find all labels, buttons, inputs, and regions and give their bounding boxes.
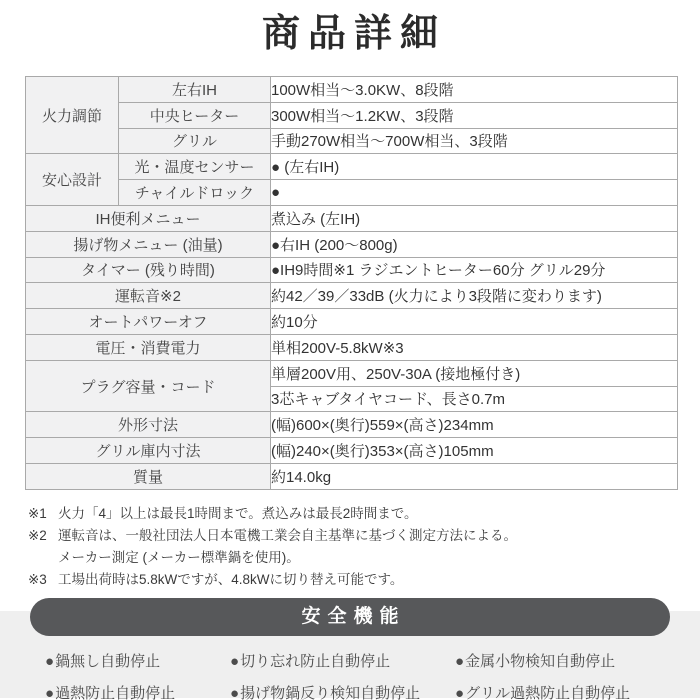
spec-sub-label: チャイルドロック <box>119 180 271 206</box>
footnote-text: 火力「4」以上は最長1時間まで。煮込みは最長2時間まで。 <box>58 503 700 525</box>
spec-row: チャイルドロック ● <box>26 180 678 206</box>
spec-value: 手動270W相当～700W相当、3段階 <box>271 128 678 154</box>
footnote-marker: ※3 <box>28 569 58 591</box>
bullet-icon: ● <box>45 685 54 700</box>
bullet-icon: ● <box>230 653 239 670</box>
feature-item: ●過熱防止自動停止 <box>45 682 230 700</box>
spec-row: 質量 約14.0kg <box>26 463 678 489</box>
feature-item: ●切り忘れ防止自動停止 <box>230 650 455 671</box>
spec-row: プラグ容量・コード 単層200V用、250V-30A (接地極付き) <box>26 360 678 386</box>
spec-row: 揚げ物メニュー (油量) ●右IH (200～800g) <box>26 231 678 257</box>
spec-row-label: グリル庫内寸法 <box>26 438 271 464</box>
spec-row-label: 揚げ物メニュー (油量) <box>26 231 271 257</box>
safety-section: 安全機能 ●鍋無し自動停止 ●切り忘れ防止自動停止 ●金属小物検知自動停止 ●過… <box>0 598 700 698</box>
spec-row-label: オートパワーオフ <box>26 309 271 335</box>
footnote-text: メーカー測定 (メーカー標準鍋を使用)。 <box>58 547 700 569</box>
spec-value: 約14.0kg <box>271 463 678 489</box>
spec-sub-label: 中央ヒーター <box>119 102 271 128</box>
spec-value: 3芯キャブタイヤコード、長さ0.7m <box>271 386 678 412</box>
spec-value: 煮込み (左IH) <box>271 205 678 231</box>
spec-row-label: タイマー (残り時間) <box>26 257 271 283</box>
footnote-item: メーカー測定 (メーカー標準鍋を使用)。 <box>28 547 700 569</box>
spec-value: 単層200V用、250V-30A (接地極付き) <box>271 360 678 386</box>
spec-row-label: 電圧・消費電力 <box>26 334 271 360</box>
feature-item: ●グリル過熱防止自動停止 <box>455 682 700 700</box>
spec-row: グリル 手動270W相当～700W相当、3段階 <box>26 128 678 154</box>
footnote-item: ※3 工場出荷時は5.8kWですが、4.8kWに切り替え可能です。 <box>28 569 700 591</box>
spec-row: 安心設計 光・温度センサー ● (左右IH) <box>26 154 678 180</box>
feature-label: グリル過熱防止自動停止 <box>465 685 630 700</box>
footnote-marker <box>28 547 58 569</box>
spec-value: 300W相当～1.2KW、3段階 <box>271 102 678 128</box>
footnote-item: ※2 運転音は、一般社団法人日本電機工業会自主基準に基づく測定方法による。 <box>28 525 700 547</box>
footnote-marker: ※1 <box>28 503 58 525</box>
spec-value: ●右IH (200～800g) <box>271 231 678 257</box>
spec-value: 100W相当～3.0KW、8段階 <box>271 77 678 103</box>
spec-sub-label: 光・温度センサー <box>119 154 271 180</box>
spec-table: 火力調節 左右IH 100W相当～3.0KW、8段階 中央ヒーター 300W相当… <box>25 76 678 490</box>
bullet-icon: ● <box>45 653 54 670</box>
safety-feature-list: ●鍋無し自動停止 ●切り忘れ防止自動停止 ●金属小物検知自動停止 ●過熱防止自動… <box>45 650 700 700</box>
spec-row-label: 質量 <box>26 463 271 489</box>
spec-row: グリル庫内寸法 (幅)240×(奥行)353×(高さ)105mm <box>26 438 678 464</box>
feature-item: ●鍋無し自動停止 <box>45 650 230 671</box>
spec-value: (幅)600×(奥行)559×(高さ)234mm <box>271 412 678 438</box>
spec-value: 約42／39／33dB (火力により3段階に変わります) <box>271 283 678 309</box>
bullet-icon: ● <box>230 685 239 700</box>
spec-value: 約10分 <box>271 309 678 335</box>
spec-row-label: 運転音※2 <box>26 283 271 309</box>
spec-value: ● (左右IH) <box>271 154 678 180</box>
feature-item: ●揚げ物鍋反り検知自動停止 <box>230 682 455 700</box>
spec-group-label: 安心設計 <box>26 154 119 206</box>
spec-row: 運転音※2 約42／39／33dB (火力により3段階に変わります) <box>26 283 678 309</box>
spec-row: タイマー (残り時間) ●IH9時間※1 ラジエントヒーター60分 グリル29分 <box>26 257 678 283</box>
spec-value: ●IH9時間※1 ラジエントヒーター60分 グリル29分 <box>271 257 678 283</box>
spec-row-label: 外形寸法 <box>26 412 271 438</box>
safety-header-bar: 安全機能 <box>30 598 670 636</box>
feature-label: 金属小物検知自動停止 <box>465 653 615 670</box>
footnote-text: 運転音は、一般社団法人日本電機工業会自主基準に基づく測定方法による。 <box>58 525 700 547</box>
spec-value: 単相200V-5.8kW※3 <box>271 334 678 360</box>
feature-label: 鍋無し自動停止 <box>55 653 160 670</box>
feature-label: 過熱防止自動停止 <box>55 685 175 700</box>
spec-row: 中央ヒーター 300W相当～1.2KW、3段階 <box>26 102 678 128</box>
spec-row-label: IH便利メニュー <box>26 205 271 231</box>
footnote-marker: ※2 <box>28 525 58 547</box>
bullet-icon: ● <box>455 685 464 700</box>
spec-group-label: 火力調節 <box>26 77 119 154</box>
spec-sub-label: 左右IH <box>119 77 271 103</box>
spec-value: (幅)240×(奥行)353×(高さ)105mm <box>271 438 678 464</box>
feature-item: ●金属小物検知自動停止 <box>455 650 700 671</box>
footnote-text: 工場出荷時は5.8kWですが、4.8kWに切り替え可能です。 <box>58 569 700 591</box>
spec-value: ● <box>271 180 678 206</box>
spec-row: 電圧・消費電力 単相200V-5.8kW※3 <box>26 334 678 360</box>
safety-header-label: 安全機能 <box>301 606 405 627</box>
spec-row: IH便利メニュー 煮込み (左IH) <box>26 205 678 231</box>
spec-sub-label: グリル <box>119 128 271 154</box>
feature-label: 切り忘れ防止自動停止 <box>240 653 390 670</box>
spec-row: オートパワーオフ 約10分 <box>26 309 678 335</box>
footnote-item: ※1 火力「4」以上は最長1時間まで。煮込みは最長2時間まで。 <box>28 503 700 525</box>
spec-row: 火力調節 左右IH 100W相当～3.0KW、8段階 <box>26 77 678 103</box>
spec-group-label: プラグ容量・コード <box>26 360 271 412</box>
footnotes: ※1 火力「4」以上は最長1時間まで。煮込みは最長2時間まで。 ※2 運転音は、… <box>28 503 700 591</box>
page-title: 商品詳細 <box>0 10 700 58</box>
bullet-icon: ● <box>455 653 464 670</box>
feature-label: 揚げ物鍋反り検知自動停止 <box>240 685 420 700</box>
spec-row: 外形寸法 (幅)600×(奥行)559×(高さ)234mm <box>26 412 678 438</box>
